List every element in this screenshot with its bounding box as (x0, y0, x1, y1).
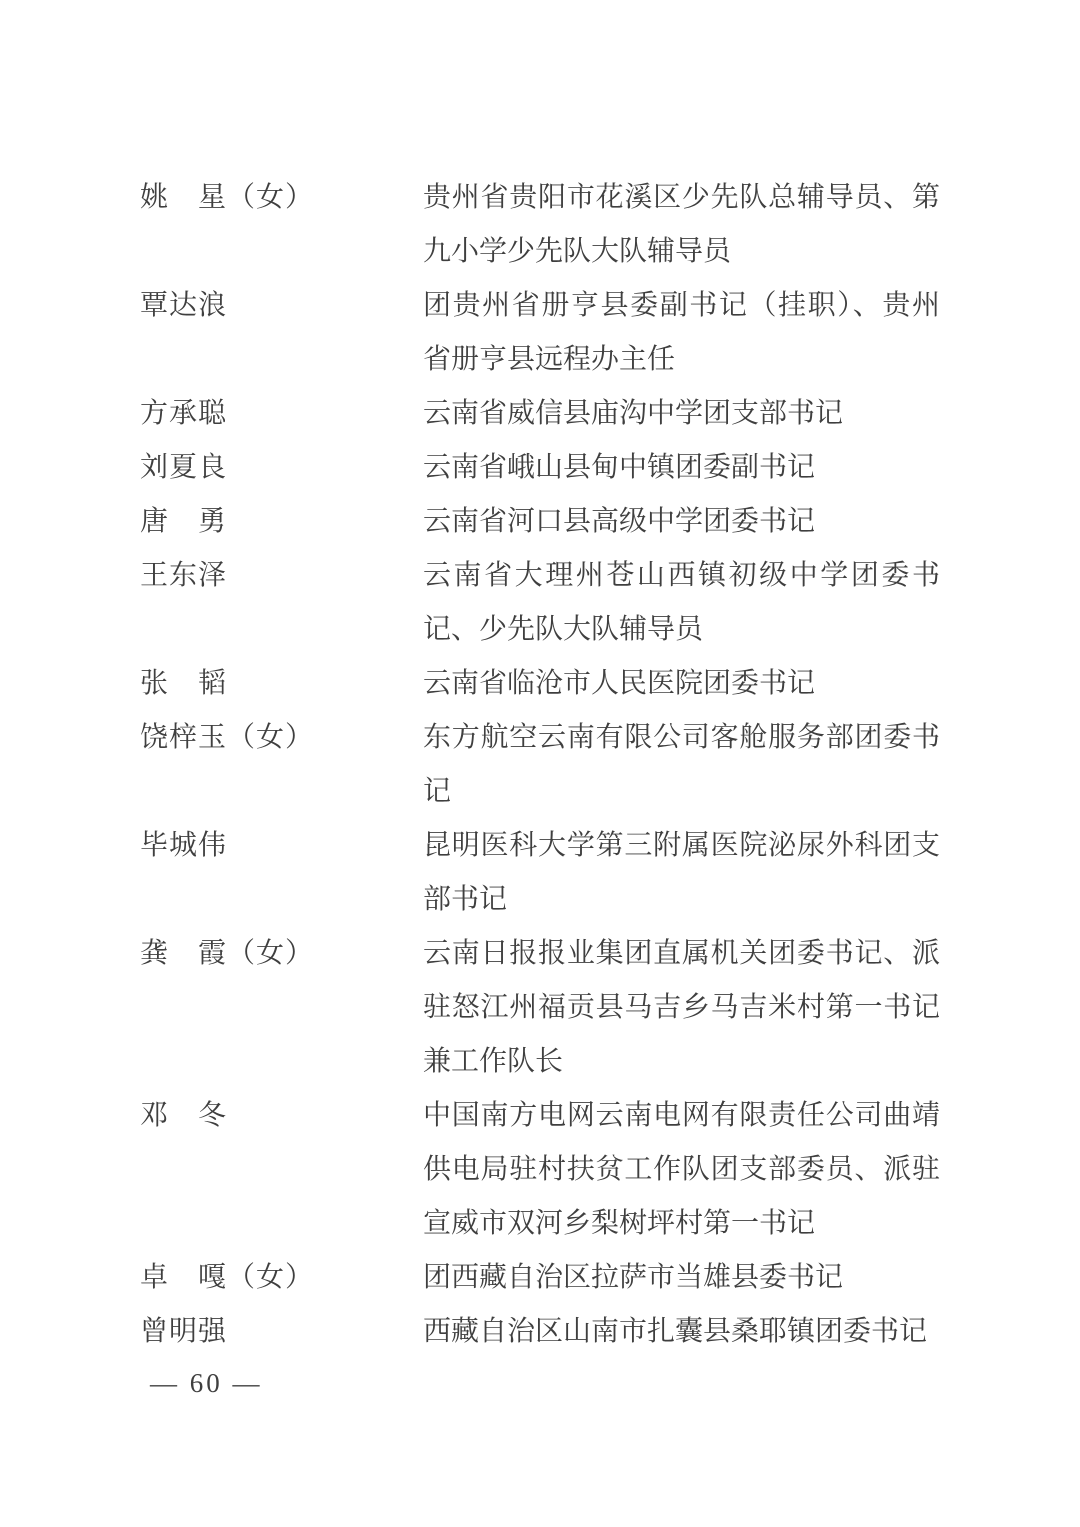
person-position: 中国南方电网云南电网有限责任公司曲靖供电局驻村扶贫工作队团支部委员、派驻宣威市双… (423, 1089, 940, 1251)
person-position: 云南省峨山县甸中镇团委副书记 (423, 441, 940, 495)
person-name: 刘夏良 (140, 441, 423, 495)
person-position: 云南日报报业集团直属机关团委书记、派驻怒江州福贡县马吉乡马吉米村第一书记兼工作队… (423, 927, 940, 1089)
person-name: 饶梓玉（女） (140, 711, 423, 765)
person-position: 团贵州省册亨县委副书记（挂职）、贵州省册亨县远程办主任 (423, 279, 940, 387)
person-name: 张 韬 (140, 657, 423, 711)
document-page: 姚 星（女） 贵州省贵阳市花溪区少先队总辅导员、第九小学少先队大队辅导员 覃达浪… (0, 0, 1080, 1527)
person-name: 曾明强 (140, 1305, 423, 1359)
person-position: 昆明医科大学第三附属医院泌尿外科团支部书记 (423, 819, 940, 927)
person-position: 云南省临沧市人民医院团委书记 (423, 657, 940, 711)
award-list: 姚 星（女） 贵州省贵阳市花溪区少先队总辅导员、第九小学少先队大队辅导员 覃达浪… (140, 171, 940, 1359)
list-entry: 王东泽 云南省大理州苍山西镇初级中学团委书记、少先队大队辅导员 (140, 549, 940, 657)
person-position: 云南省河口县高级中学团委书记 (423, 495, 940, 549)
list-entry: 毕城伟 昆明医科大学第三附属医院泌尿外科团支部书记 (140, 819, 940, 927)
list-entry: 方承聪 云南省威信县庙沟中学团支部书记 (140, 387, 940, 441)
list-entry: 曾明强 西藏自治区山南市扎囊县桑耶镇团委书记 (140, 1305, 940, 1359)
person-name: 卓 嘎（女） (140, 1251, 423, 1305)
person-name: 龚 霞（女） (140, 927, 423, 981)
person-name: 覃达浪 (140, 279, 423, 333)
person-name: 唐 勇 (140, 495, 423, 549)
person-name: 方承聪 (140, 387, 423, 441)
person-position: 西藏自治区山南市扎囊县桑耶镇团委书记 (423, 1305, 940, 1359)
list-entry: 覃达浪 团贵州省册亨县委副书记（挂职）、贵州省册亨县远程办主任 (140, 279, 940, 387)
person-position: 团西藏自治区拉萨市当雄县委书记 (423, 1251, 940, 1305)
person-name: 王东泽 (140, 549, 423, 603)
person-position: 云南省大理州苍山西镇初级中学团委书记、少先队大队辅导员 (423, 549, 940, 657)
list-entry: 姚 星（女） 贵州省贵阳市花溪区少先队总辅导员、第九小学少先队大队辅导员 (140, 171, 940, 279)
person-name: 邓 冬 (140, 1089, 423, 1143)
list-entry: 张 韬 云南省临沧市人民医院团委书记 (140, 657, 940, 711)
person-position: 贵州省贵阳市花溪区少先队总辅导员、第九小学少先队大队辅导员 (423, 171, 940, 279)
list-entry: 卓 嘎（女） 团西藏自治区拉萨市当雄县委书记 (140, 1251, 940, 1305)
person-position: 云南省威信县庙沟中学团支部书记 (423, 387, 940, 441)
person-name: 毕城伟 (140, 819, 423, 873)
list-entry: 饶梓玉（女） 东方航空云南有限公司客舱服务部团委书记 (140, 711, 940, 819)
page-number: — 60 — (150, 1368, 263, 1398)
list-entry: 刘夏良 云南省峨山县甸中镇团委副书记 (140, 441, 940, 495)
person-name: 姚 星（女） (140, 171, 423, 225)
list-entry: 邓 冬 中国南方电网云南电网有限责任公司曲靖供电局驻村扶贫工作队团支部委员、派驻… (140, 1089, 940, 1251)
person-position: 东方航空云南有限公司客舱服务部团委书记 (423, 711, 940, 819)
list-entry: 唐 勇 云南省河口县高级中学团委书记 (140, 495, 940, 549)
list-entry: 龚 霞（女） 云南日报报业集团直属机关团委书记、派驻怒江州福贡县马吉乡马吉米村第… (140, 927, 940, 1089)
